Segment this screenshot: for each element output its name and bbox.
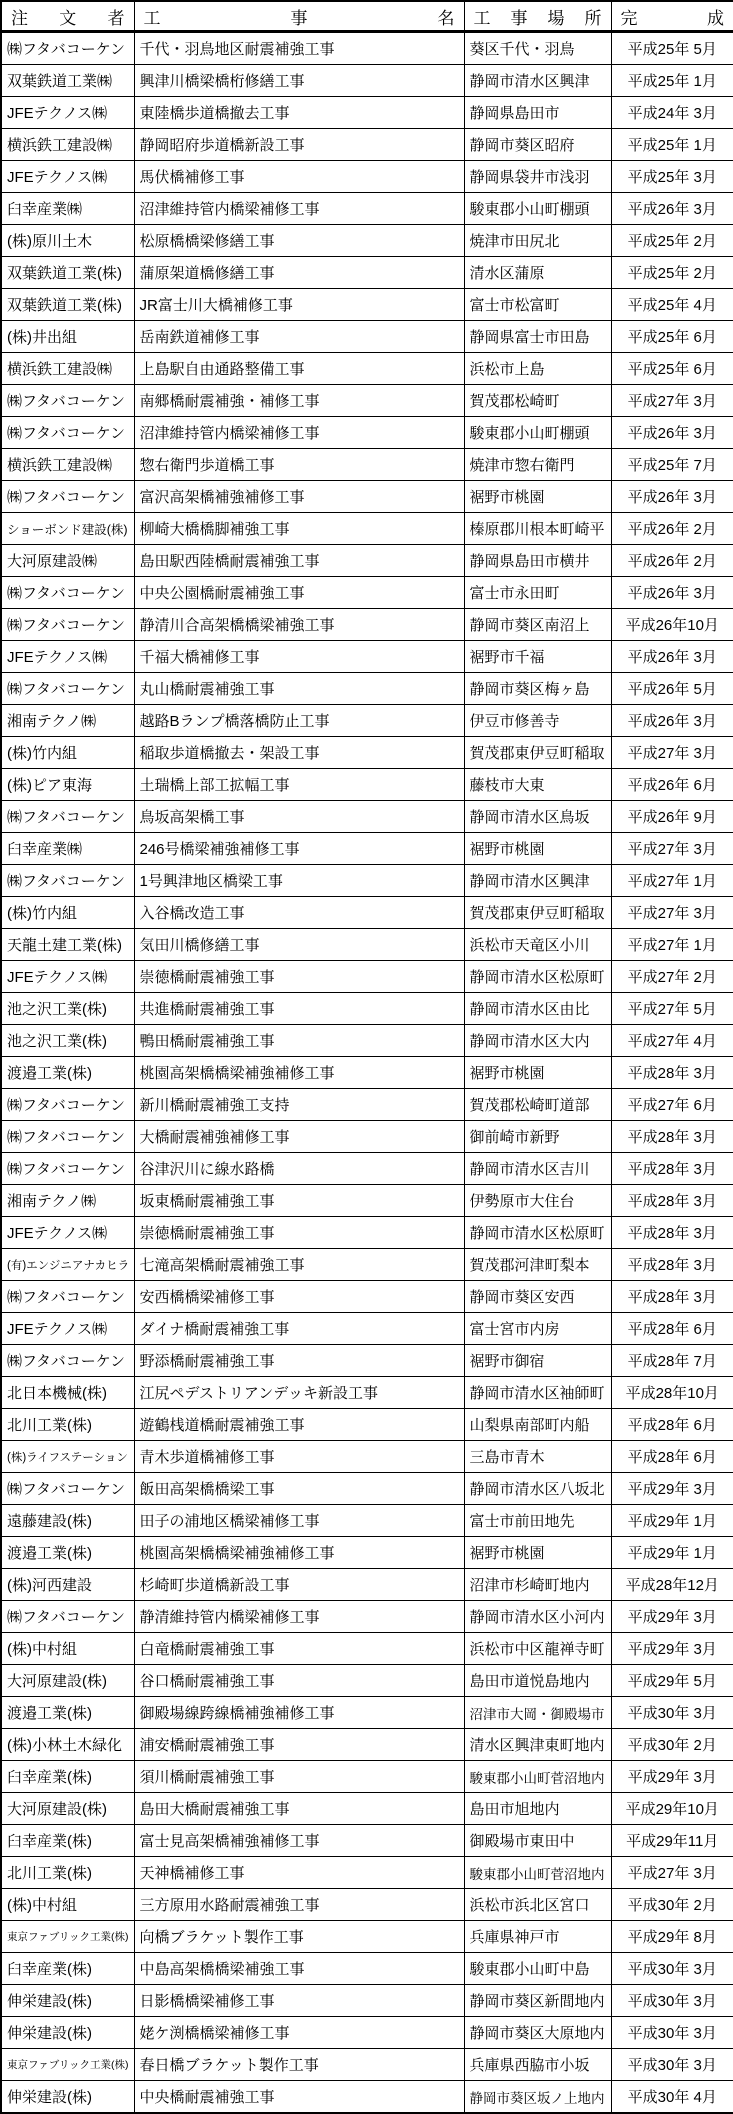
cell-orderer: 湘南テクノ㈱ <box>1 705 134 737</box>
cell-completion: 平成28年 3月 <box>611 1153 733 1185</box>
cell-location: 静岡市清水区興津 <box>464 865 611 897</box>
cell-orderer: ㈱フタバコーケン <box>1 1121 134 1153</box>
table-row: 臼幸産業(株)中島高架橋橋梁補強工事駿東郡小山町中島平成30年 3月 <box>1 1953 733 1985</box>
cell-location: 静岡市清水区小河内 <box>464 1601 611 1633</box>
cell-location: 沼津市杉崎町地内 <box>464 1569 611 1601</box>
cell-location: 静岡市清水区袖師町 <box>464 1377 611 1409</box>
cell-name: 島田駅西陸橋耐震補強工事 <box>134 545 464 577</box>
cell-completion: 平成27年 4月 <box>611 1025 733 1057</box>
cell-completion: 平成27年 2月 <box>611 961 733 993</box>
cell-name: 蒲原架道橋修繕工事 <box>134 257 464 289</box>
table-row: (株)中村組白竜橋耐震補強工事浜松市中区龍禅寺町平成29年 3月 <box>1 1633 733 1665</box>
cell-orderer: ㈱フタバコーケン <box>1 417 134 449</box>
cell-completion: 平成29年10月 <box>611 1793 733 1825</box>
cell-orderer: 大河原建設(株) <box>1 1665 134 1697</box>
header-row: 注文者 工事名 工事場所 完成 <box>1 1 733 32</box>
cell-orderer: (株)河西建設 <box>1 1569 134 1601</box>
cell-completion: 平成25年 1月 <box>611 65 733 97</box>
cell-orderer: (株)小林土木緑化 <box>1 1729 134 1761</box>
table-row: JFEテクノス㈱崇徳橋耐震補強工事静岡市清水区松原町平成27年 2月 <box>1 961 733 993</box>
table-row: JFEテクノス㈱千福大橋補修工事裾野市千福平成26年 3月 <box>1 641 733 673</box>
cell-name: 静岡昭府歩道橋新設工事 <box>134 129 464 161</box>
cell-completion: 平成25年 1月 <box>611 129 733 161</box>
cell-completion: 平成27年 1月 <box>611 865 733 897</box>
cell-completion: 平成30年 3月 <box>611 1985 733 2017</box>
cell-name: 馬伏橋補修工事 <box>134 161 464 193</box>
cell-completion: 平成28年 3月 <box>611 1057 733 1089</box>
cell-orderer: (株)中村組 <box>1 1889 134 1921</box>
table-row: 大河原建設(株)島田大橋耐震補強工事島田市旭地内平成29年10月 <box>1 1793 733 1825</box>
cell-name: 千福大橋補修工事 <box>134 641 464 673</box>
table-row: 大河原建設㈱島田駅西陸橋耐震補強工事静岡県島田市横井平成26年 2月 <box>1 545 733 577</box>
cell-location: 浜松市天竜区小川 <box>464 929 611 961</box>
cell-name: 越路Bランプ橋落橋防止工事 <box>134 705 464 737</box>
cell-completion: 平成26年 2月 <box>611 513 733 545</box>
cell-orderer: ㈱フタバコーケン <box>1 1089 134 1121</box>
cell-location: 富士市前田地先 <box>464 1505 611 1537</box>
cell-location: 静岡市葵区坂ノ上地内 <box>464 2081 611 2114</box>
cell-name: 青木歩道橋補修工事 <box>134 1441 464 1473</box>
col-header-completion: 完成 <box>611 1 733 32</box>
table-row: 大河原建設(株)谷口橋耐震補強工事島田市道悦島地内平成29年 5月 <box>1 1665 733 1697</box>
cell-completion: 平成28年 6月 <box>611 1409 733 1441</box>
cell-name: 入谷橋改造工事 <box>134 897 464 929</box>
cell-name: 東陸橋歩道橋撤去工事 <box>134 97 464 129</box>
cell-name: 富沢高架橋補強補修工事 <box>134 481 464 513</box>
table-row: ㈱フタバコーケン飯田高架橋橋梁工事静岡市清水区八坂北平成29年 3月 <box>1 1473 733 1505</box>
cell-orderer: 遠藤建設(株) <box>1 1505 134 1537</box>
cell-completion: 平成28年10月 <box>611 1377 733 1409</box>
table-row: JFEテクノス㈱ダイナ橋耐震補強工事富士宮市内房平成28年 6月 <box>1 1313 733 1345</box>
cell-orderer: 東京ファブリック工業(株) <box>1 1921 134 1953</box>
cell-orderer: (株)ピア東海 <box>1 769 134 801</box>
cell-location: 富士市松富町 <box>464 289 611 321</box>
table-row: 東京ファブリック工業(株)春日橋ブラケット製作工事兵庫県西脇市小坂平成30年 3… <box>1 2049 733 2081</box>
cell-completion: 平成29年 3月 <box>611 1473 733 1505</box>
cell-completion: 平成28年 7月 <box>611 1345 733 1377</box>
cell-completion: 平成26年 9月 <box>611 801 733 833</box>
table-row: (株)小林土木緑化浦安橋耐震補強工事清水区興津東町地内平成30年 2月 <box>1 1729 733 1761</box>
cell-location: 浜松市中区龍禅寺町 <box>464 1633 611 1665</box>
cell-completion: 平成26年10月 <box>611 609 733 641</box>
cell-orderer: ㈱フタバコーケン <box>1 385 134 417</box>
cell-location: 榛原郡川根本町崎平 <box>464 513 611 545</box>
table-row: ㈱フタバコーケン新川橋耐震補強工支持賀茂郡松崎町道部平成27年 6月 <box>1 1089 733 1121</box>
cell-orderer: ㈱フタバコーケン <box>1 1281 134 1313</box>
cell-location: 裾野市桃園 <box>464 481 611 513</box>
cell-completion: 平成29年11月 <box>611 1825 733 1857</box>
cell-completion: 平成29年 5月 <box>611 1665 733 1697</box>
cell-name: 天神橋補修工事 <box>134 1857 464 1889</box>
table-row: 東京ファブリック工業(株)向橋ブラケット製作工事兵庫県神戸市平成29年 8月 <box>1 1921 733 1953</box>
cell-location: 静岡市清水区興津 <box>464 65 611 97</box>
cell-orderer: JFEテクノス㈱ <box>1 961 134 993</box>
cell-orderer: 池之沢工業(株) <box>1 993 134 1025</box>
cell-completion: 平成25年 3月 <box>611 161 733 193</box>
cell-orderer: 北川工業(株) <box>1 1409 134 1441</box>
cell-orderer: 北日本機械(株) <box>1 1377 134 1409</box>
cell-name: 谷津沢川に線水路橋 <box>134 1153 464 1185</box>
cell-name: 共進橋耐震補強工事 <box>134 993 464 1025</box>
cell-location: 御殿場市東田中 <box>464 1825 611 1857</box>
cell-location: 駿東郡小山町菅沼地内 <box>464 1761 611 1793</box>
cell-name: 沼津維持管内橋梁補修工事 <box>134 417 464 449</box>
table-row: ㈱フタバコーケン鳥坂高架橋工事静岡市清水区鳥坂平成26年 9月 <box>1 801 733 833</box>
cell-location: 賀茂郡東伊豆町稲取 <box>464 897 611 929</box>
cell-name: 七滝高架橋耐震補強工事 <box>134 1249 464 1281</box>
cell-name: 谷口橋耐震補強工事 <box>134 1665 464 1697</box>
cell-completion: 平成30年 3月 <box>611 1697 733 1729</box>
cell-location: 静岡市葵区昭府 <box>464 129 611 161</box>
cell-orderer: ㈱フタバコーケン <box>1 577 134 609</box>
cell-name: 中央公園橋耐震補強工事 <box>134 577 464 609</box>
cell-name: 稲取歩道橋撤去・架設工事 <box>134 737 464 769</box>
cell-location: 三島市青木 <box>464 1441 611 1473</box>
table-row: ㈱フタバコーケン1号興津地区橋梁工事静岡市清水区興津平成27年 1月 <box>1 865 733 897</box>
cell-orderer: 北川工業(株) <box>1 1857 134 1889</box>
cell-name: 気田川橋修繕工事 <box>134 929 464 961</box>
cell-location: 島田市道悦島地内 <box>464 1665 611 1697</box>
cell-completion: 平成30年 3月 <box>611 2017 733 2049</box>
cell-location: 駿東郡小山町中島 <box>464 1953 611 1985</box>
cell-completion: 平成24年 3月 <box>611 97 733 129</box>
cell-location: 静岡市葵区梅ヶ島 <box>464 673 611 705</box>
cell-location: 裾野市桃園 <box>464 1057 611 1089</box>
cell-location: 賀茂郡松崎町 <box>464 385 611 417</box>
table-row: 臼幸産業㈱沼津維持管内橋梁補修工事駿東郡小山町棚頭平成26年 3月 <box>1 193 733 225</box>
cell-orderer: ㈱フタバコーケン <box>1 865 134 897</box>
cell-location: 静岡県島田市横井 <box>464 545 611 577</box>
cell-completion: 平成27年 3月 <box>611 897 733 929</box>
cell-completion: 平成29年 1月 <box>611 1505 733 1537</box>
table-row: ㈱フタバコーケン安西橋橋梁補修工事静岡市葵区安西平成28年 3月 <box>1 1281 733 1313</box>
cell-location: 静岡市葵区新間地内 <box>464 1985 611 2017</box>
cell-location: 静岡市清水区大内 <box>464 1025 611 1057</box>
table-row: ㈱フタバコーケン大橋耐震補強補修工事御前崎市新野平成28年 3月 <box>1 1121 733 1153</box>
col-header-name: 工事名 <box>134 1 464 32</box>
cell-orderer: 臼幸産業㈱ <box>1 833 134 865</box>
cell-location: 清水区興津東町地内 <box>464 1729 611 1761</box>
cell-completion: 平成27年 3月 <box>611 833 733 865</box>
cell-location: 藤枝市大東 <box>464 769 611 801</box>
table-row: 臼幸産業(株)須川橋耐震補強工事駿東郡小山町菅沼地内平成29年 3月 <box>1 1761 733 1793</box>
cell-completion: 平成25年 7月 <box>611 449 733 481</box>
cell-location: 静岡県島田市 <box>464 97 611 129</box>
table-row: 北川工業(株)天神橋補修工事駿東郡小山町菅沼地内平成27年 3月 <box>1 1857 733 1889</box>
cell-name: 富士見高架橋補強補修工事 <box>134 1825 464 1857</box>
cell-name: 南郷橋耐震補強・補修工事 <box>134 385 464 417</box>
cell-orderer: 横浜鉄工建設㈱ <box>1 449 134 481</box>
cell-orderer: (株)竹内組 <box>1 737 134 769</box>
cell-location: 静岡市清水区八坂北 <box>464 1473 611 1505</box>
cell-completion: 平成25年 6月 <box>611 321 733 353</box>
cell-name: 坂東橋耐震補強工事 <box>134 1185 464 1217</box>
cell-location: 駿東郡小山町棚頭 <box>464 417 611 449</box>
cell-location: 清水区蒲原 <box>464 257 611 289</box>
cell-completion: 平成28年 3月 <box>611 1121 733 1153</box>
cell-name: 興津川橋梁橋桁修繕工事 <box>134 65 464 97</box>
table-row: 双葉鉄道工業(株)蒲原架道橋修繕工事清水区蒲原平成25年 2月 <box>1 257 733 289</box>
cell-orderer: ㈱フタバコーケン <box>1 609 134 641</box>
cell-completion: 平成29年 1月 <box>611 1537 733 1569</box>
table-row: (株)井出組岳南鉄道補修工事静岡県富士市田島平成25年 6月 <box>1 321 733 353</box>
cell-orderer: (株)竹内組 <box>1 897 134 929</box>
cell-orderer: 大河原建設(株) <box>1 1793 134 1825</box>
cell-orderer: 横浜鉄工建設㈱ <box>1 129 134 161</box>
cell-orderer: 天龍土建工業(株) <box>1 929 134 961</box>
cell-name: 新川橋耐震補強工支持 <box>134 1089 464 1121</box>
table-row: JFEテクノス㈱東陸橋歩道橋撤去工事静岡県島田市平成24年 3月 <box>1 97 733 129</box>
table-row: 横浜鉄工建設㈱静岡昭府歩道橋新設工事静岡市葵区昭府平成25年 1月 <box>1 129 733 161</box>
table-row: (株)ライフステーション青木歩道橋補修工事三島市青木平成28年 6月 <box>1 1441 733 1473</box>
cell-name: 岳南鉄道補修工事 <box>134 321 464 353</box>
cell-orderer: 伸栄建設(株) <box>1 2081 134 2114</box>
cell-location: 静岡市清水区由比 <box>464 993 611 1025</box>
cell-orderer: 池之沢工業(株) <box>1 1025 134 1057</box>
cell-completion: 平成26年 3月 <box>611 481 733 513</box>
cell-orderer: ㈱フタバコーケン <box>1 1473 134 1505</box>
cell-completion: 平成25年 2月 <box>611 257 733 289</box>
cell-completion: 平成25年 4月 <box>611 289 733 321</box>
cell-name: 中島高架橋橋梁補強工事 <box>134 1953 464 1985</box>
table-row: ㈱フタバコーケン丸山橋耐震補強工事静岡市葵区梅ヶ島平成26年 5月 <box>1 673 733 705</box>
cell-name: 千代・羽鳥地区耐震補強工事 <box>134 32 464 65</box>
cell-orderer: 湘南テクノ㈱ <box>1 1185 134 1217</box>
cell-location: 葵区千代・羽鳥 <box>464 32 611 65</box>
cell-completion: 平成28年 3月 <box>611 1185 733 1217</box>
cell-orderer: 臼幸産業(株) <box>1 1761 134 1793</box>
cell-orderer: 双葉鉄道工業㈱ <box>1 65 134 97</box>
cell-name: 桃園高架橋橋梁補強補修工事 <box>134 1057 464 1089</box>
cell-orderer: 大河原建設㈱ <box>1 545 134 577</box>
cell-name: 崇徳橋耐震補強工事 <box>134 1217 464 1249</box>
cell-location: 浜松市浜北区宮口 <box>464 1889 611 1921</box>
cell-location: 静岡市葵区大原地内 <box>464 2017 611 2049</box>
table-row: ㈱フタバコーケン沼津維持管内橋梁補修工事駿東郡小山町棚頭平成26年 3月 <box>1 417 733 449</box>
table-row: 伸栄建設(株)姥ケ渕橋橋梁補修工事静岡市葵区大原地内平成30年 3月 <box>1 2017 733 2049</box>
cell-completion: 平成28年 6月 <box>611 1441 733 1473</box>
cell-name: 崇徳橋耐震補強工事 <box>134 961 464 993</box>
cell-name: 浦安橋耐震補強工事 <box>134 1729 464 1761</box>
cell-orderer: 伸栄建設(株) <box>1 2017 134 2049</box>
table-row: 池之沢工業(株)鴨田橋耐震補強工事静岡市清水区大内平成27年 4月 <box>1 1025 733 1057</box>
table-row: (株)ピア東海土瑞橋上部工拡幅工事藤枝市大東平成26年 6月 <box>1 769 733 801</box>
cell-name: 上島駅自由通路整備工事 <box>134 353 464 385</box>
cell-orderer: ショーボンド建設(株) <box>1 513 134 545</box>
cell-orderer: 臼幸産業(株) <box>1 1953 134 1985</box>
cell-completion: 平成29年 3月 <box>611 1601 733 1633</box>
cell-orderer: ㈱フタバコーケン <box>1 673 134 705</box>
cell-location: 島田市旭地内 <box>464 1793 611 1825</box>
cell-orderer: JFEテクノス㈱ <box>1 641 134 673</box>
cell-location: 賀茂郡松崎町道部 <box>464 1089 611 1121</box>
cell-orderer: 渡邉工業(株) <box>1 1697 134 1729</box>
cell-name: 須川橋耐震補強工事 <box>134 1761 464 1793</box>
cell-orderer: (株)ライフステーション <box>1 1441 134 1473</box>
cell-location: 兵庫県神戸市 <box>464 1921 611 1953</box>
cell-name: 鴨田橋耐震補強工事 <box>134 1025 464 1057</box>
table-row: ショーボンド建設(株)柳崎大橋橋脚補強工事榛原郡川根本町崎平平成26年 2月 <box>1 513 733 545</box>
cell-orderer: 渡邉工業(株) <box>1 1057 134 1089</box>
cell-completion: 平成26年 6月 <box>611 769 733 801</box>
cell-location: 焼津市惣右衛門 <box>464 449 611 481</box>
cell-name: 1号興津地区橋梁工事 <box>134 865 464 897</box>
cell-name: 三方原用水路耐震補強工事 <box>134 1889 464 1921</box>
cell-completion: 平成26年 3月 <box>611 577 733 609</box>
table-row: (株)河西建設杉崎町歩道橋新設工事沼津市杉崎町地内平成28年12月 <box>1 1569 733 1601</box>
cell-orderer: (株)井出組 <box>1 321 134 353</box>
cell-name: 向橋ブラケット製作工事 <box>134 1921 464 1953</box>
table-row: 湘南テクノ㈱坂東橋耐震補強工事伊勢原市大住台平成28年 3月 <box>1 1185 733 1217</box>
cell-name: 春日橋ブラケット製作工事 <box>134 2049 464 2081</box>
cell-orderer: 臼幸産業(株) <box>1 1825 134 1857</box>
cell-name: 野添橋耐震補強工事 <box>134 1345 464 1377</box>
table-row: 渡邉工業(株)桃園高架橋橋梁補強補修工事裾野市桃園平成28年 3月 <box>1 1057 733 1089</box>
cell-name: 田子の浦地区橋梁補修工事 <box>134 1505 464 1537</box>
cell-name: 惣右衛門歩道橋工事 <box>134 449 464 481</box>
table-row: ㈱フタバコーケン谷津沢川に線水路橋静岡市清水区吉川平成28年 3月 <box>1 1153 733 1185</box>
cell-name: 松原橋橋梁修繕工事 <box>134 225 464 257</box>
table-row: ㈱フタバコーケン富沢高架橋補強補修工事裾野市桃園平成26年 3月 <box>1 481 733 513</box>
cell-location: 御前崎市新野 <box>464 1121 611 1153</box>
cell-orderer: JFEテクノス㈱ <box>1 1313 134 1345</box>
cell-location: 静岡県富士市田島 <box>464 321 611 353</box>
cell-name: 島田大橋耐震補強工事 <box>134 1793 464 1825</box>
table-row: (株)中村組三方原用水路耐震補強工事浜松市浜北区宮口平成30年 2月 <box>1 1889 733 1921</box>
cell-location: 裾野市桃園 <box>464 833 611 865</box>
cell-location: 伊勢原市大住台 <box>464 1185 611 1217</box>
table-row: 双葉鉄道工業(株)JR富士川大橋補修工事富士市松富町平成25年 4月 <box>1 289 733 321</box>
cell-name: 白竜橋耐震補強工事 <box>134 1633 464 1665</box>
cell-completion: 平成27年 1月 <box>611 929 733 961</box>
cell-name: 静清維持管内橋梁補修工事 <box>134 1601 464 1633</box>
table-row: 伸栄建設(株)日影橋橋梁補修工事静岡市葵区新間地内平成30年 3月 <box>1 1985 733 2017</box>
cell-location: 賀茂郡東伊豆町稲取 <box>464 737 611 769</box>
cell-location: 静岡市葵区南沼上 <box>464 609 611 641</box>
construction-record-table: 注文者 工事名 工事場所 完成 ㈱フタバコーケン千代・羽鳥地区耐震補強工事葵区千… <box>0 0 733 2114</box>
cell-completion: 平成27年 6月 <box>611 1089 733 1121</box>
cell-orderer: ㈱フタバコーケン <box>1 1345 134 1377</box>
cell-orderer: 臼幸産業㈱ <box>1 193 134 225</box>
cell-name: 杉崎町歩道橋新設工事 <box>134 1569 464 1601</box>
cell-orderer: (株)原川土木 <box>1 225 134 257</box>
cell-location: 賀茂郡河津町梨本 <box>464 1249 611 1281</box>
cell-orderer: 横浜鉄工建設㈱ <box>1 353 134 385</box>
cell-completion: 平成27年 5月 <box>611 993 733 1025</box>
table-row: (株)竹内組稲取歩道橋撤去・架設工事賀茂郡東伊豆町稲取平成27年 3月 <box>1 737 733 769</box>
cell-name: 江尻ペデストリアンデッキ新設工事 <box>134 1377 464 1409</box>
cell-location: 裾野市御宿 <box>464 1345 611 1377</box>
cell-name: 御殿場線跨線橋補強補修工事 <box>134 1697 464 1729</box>
table-row: 湘南テクノ㈱越路Bランプ橋落橋防止工事伊豆市修善寺平成26年 3月 <box>1 705 733 737</box>
table-row: 渡邉工業(株)桃園高架橋橋梁補強補修工事裾野市桃園平成29年 1月 <box>1 1537 733 1569</box>
cell-orderer: JFEテクノス㈱ <box>1 97 134 129</box>
cell-name: 大橋耐震補強補修工事 <box>134 1121 464 1153</box>
cell-name: 姥ケ渕橋橋梁補修工事 <box>134 2017 464 2049</box>
cell-name: 鳥坂高架橋工事 <box>134 801 464 833</box>
cell-completion: 平成30年 4月 <box>611 2081 733 2114</box>
cell-orderer: 双葉鉄道工業(株) <box>1 257 134 289</box>
table-row: 臼幸産業(株)富士見高架橋補強補修工事御殿場市東田中平成29年11月 <box>1 1825 733 1857</box>
cell-name: ダイナ橋耐震補強工事 <box>134 1313 464 1345</box>
cell-location: 兵庫県西脇市小坂 <box>464 2049 611 2081</box>
cell-location: 駿東郡小山町菅沼地内 <box>464 1857 611 1889</box>
cell-completion: 平成26年 2月 <box>611 545 733 577</box>
cell-name: 安西橋橋梁補修工事 <box>134 1281 464 1313</box>
table-row: 臼幸産業㈱246号橋梁補強補修工事裾野市桃園平成27年 3月 <box>1 833 733 865</box>
cell-completion: 平成29年 8月 <box>611 1921 733 1953</box>
cell-name: 丸山橋耐震補強工事 <box>134 673 464 705</box>
cell-completion: 平成29年 3月 <box>611 1633 733 1665</box>
table-body: ㈱フタバコーケン千代・羽鳥地区耐震補強工事葵区千代・羽鳥平成25年 5月双葉鉄道… <box>1 32 733 2114</box>
cell-orderer: 東京ファブリック工業(株) <box>1 2049 134 2081</box>
cell-completion: 平成27年 3月 <box>611 1857 733 1889</box>
table-row: ㈱フタバコーケン野添橋耐震補強工事裾野市御宿平成28年 7月 <box>1 1345 733 1377</box>
cell-location: 静岡市清水区松原町 <box>464 961 611 993</box>
cell-completion: 平成28年 3月 <box>611 1281 733 1313</box>
cell-completion: 平成28年 3月 <box>611 1217 733 1249</box>
cell-orderer: ㈱フタバコーケン <box>1 1601 134 1633</box>
cell-location: 沼津市大岡・御殿場市 <box>464 1697 611 1729</box>
table-row: ㈱フタバコーケン南郷橋耐震補強・補修工事賀茂郡松崎町平成27年 3月 <box>1 385 733 417</box>
table-row: 渡邉工業(株)御殿場線跨線橋補強補修工事沼津市大岡・御殿場市平成30年 3月 <box>1 1697 733 1729</box>
cell-location: 富士宮市内房 <box>464 1313 611 1345</box>
cell-completion: 平成30年 2月 <box>611 1889 733 1921</box>
cell-completion: 平成28年 6月 <box>611 1313 733 1345</box>
table-row: ㈱フタバコーケン中央公園橋耐震補強工事富士市永田町平成26年 3月 <box>1 577 733 609</box>
table-row: 北川工業(株)遊鶴桟道橋耐震補強工事山梨県南部町内船平成28年 6月 <box>1 1409 733 1441</box>
table-row: 天龍土建工業(株)気田川橋修繕工事浜松市天竜区小川平成27年 1月 <box>1 929 733 961</box>
table-row: ㈱フタバコーケン静清維持管内橋梁補修工事静岡市清水区小河内平成29年 3月 <box>1 1601 733 1633</box>
table-row: (株)原川土木松原橋橋梁修繕工事焼津市田尻北平成25年 2月 <box>1 225 733 257</box>
cell-completion: 平成29年 3月 <box>611 1761 733 1793</box>
cell-orderer: (株)中村組 <box>1 1633 134 1665</box>
cell-location: 静岡市清水区吉川 <box>464 1153 611 1185</box>
cell-name: 静清川合高架橋橋梁補強工事 <box>134 609 464 641</box>
table-row: 北日本機械(株)江尻ペデストリアンデッキ新設工事静岡市清水区袖師町平成28年10… <box>1 1377 733 1409</box>
col-header-orderer: 注文者 <box>1 1 134 32</box>
cell-name: 柳崎大橋橋脚補強工事 <box>134 513 464 545</box>
cell-completion: 平成25年 5月 <box>611 32 733 65</box>
cell-name: 沼津維持管内橋梁補修工事 <box>134 193 464 225</box>
cell-location: 静岡市清水区松原町 <box>464 1217 611 1249</box>
cell-location: 静岡市葵区安西 <box>464 1281 611 1313</box>
cell-name: 246号橋梁補強補修工事 <box>134 833 464 865</box>
cell-completion: 平成30年 3月 <box>611 1953 733 1985</box>
cell-completion: 平成26年 3月 <box>611 641 733 673</box>
table-row: (株)竹内組入谷橋改造工事賀茂郡東伊豆町稲取平成27年 3月 <box>1 897 733 929</box>
cell-orderer: JFEテクノス㈱ <box>1 161 134 193</box>
cell-name: JR富士川大橋補修工事 <box>134 289 464 321</box>
cell-location: 静岡県袋井市浅羽 <box>464 161 611 193</box>
cell-completion: 平成26年 3月 <box>611 705 733 737</box>
cell-orderer: 双葉鉄道工業(株) <box>1 289 134 321</box>
cell-location: 伊豆市修善寺 <box>464 705 611 737</box>
cell-location: 裾野市桃園 <box>464 1537 611 1569</box>
table-row: (有)エンジニアナカヒラ七滝高架橋耐震補強工事賀茂郡河津町梨本平成28年 3月 <box>1 1249 733 1281</box>
table-row: 池之沢工業(株)共進橋耐震補強工事静岡市清水区由比平成27年 5月 <box>1 993 733 1025</box>
table-row: ㈱フタバコーケン静清川合高架橋橋梁補強工事静岡市葵区南沼上平成26年10月 <box>1 609 733 641</box>
cell-completion: 平成28年 3月 <box>611 1249 733 1281</box>
table-row: ㈱フタバコーケン千代・羽鳥地区耐震補強工事葵区千代・羽鳥平成25年 5月 <box>1 32 733 65</box>
cell-completion: 平成25年 6月 <box>611 353 733 385</box>
cell-orderer: ㈱フタバコーケン <box>1 32 134 65</box>
table-row: JFEテクノス㈱崇徳橋耐震補強工事静岡市清水区松原町平成28年 3月 <box>1 1217 733 1249</box>
table-row: 遠藤建設(株)田子の浦地区橋梁補修工事富士市前田地先平成29年 1月 <box>1 1505 733 1537</box>
cell-completion: 平成27年 3月 <box>611 385 733 417</box>
table-row: 伸栄建設(株)中央橋耐震補強工事静岡市葵区坂ノ上地内平成30年 4月 <box>1 2081 733 2114</box>
cell-location: 駿東郡小山町棚頭 <box>464 193 611 225</box>
